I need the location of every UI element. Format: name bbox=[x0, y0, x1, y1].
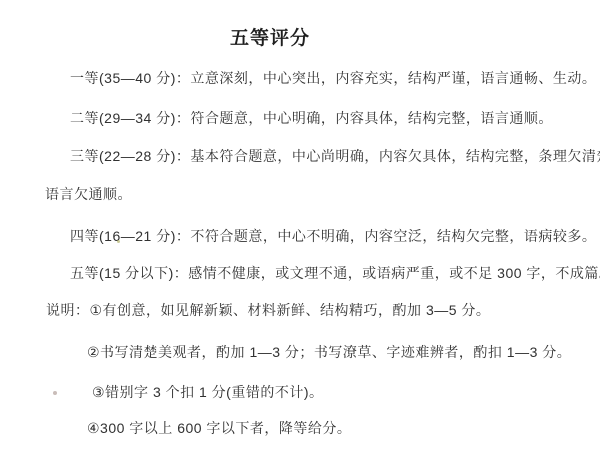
page-title: 五等评分 bbox=[0, 27, 540, 51]
grade-line-second: 二等(29—34 分)：符合题意，中心明确，内容具体，结构完整，语言通顺。 bbox=[70, 108, 553, 128]
scan-artifact-speck bbox=[117, 240, 120, 243]
scan-artifact-dot bbox=[53, 391, 57, 395]
grade-line-third: 三等(22—28 分)：基本符合题意，中心尚明确，内容欠具体，结构完整，条理欠清… bbox=[70, 146, 600, 166]
grade-line-first: 一等(35—40 分)：立意深刻，中心突出，内容充实，结构严谨，语言通畅、生动。 bbox=[70, 68, 596, 88]
notes-line-4: ④300 字以上 600 字以下者，降等给分。 bbox=[87, 418, 351, 438]
document-page: 五等评分 一等(35—40 分)：立意深刻，中心突出，内容充实，结构严谨，语言通… bbox=[0, 0, 600, 464]
grade-line-fifth: 五等(15 分以下)：感情不健康，或文理不通，或语病严重，或不足 300 字，不… bbox=[70, 263, 600, 283]
notes-line-2: ②书写清楚美观者，酌加 1—3 分；书写潦草、字迹难辨者，酌扣 1—3 分。 bbox=[87, 342, 571, 362]
grade-line-fourth: 四等(16—21 分)：不符合题意，中心不明确，内容空泛，结构欠完整，语病较多。 bbox=[70, 226, 596, 246]
grade-line-third-wrap: 语言欠通顺。 bbox=[45, 184, 132, 204]
notes-line-1: 说明：①有创意，如见解新颖、材料新鲜、结构精巧，酌加 3—5 分。 bbox=[46, 300, 490, 320]
notes-line-3: ③错别字 3 个扣 1 分(重错的不计)。 bbox=[92, 382, 324, 402]
